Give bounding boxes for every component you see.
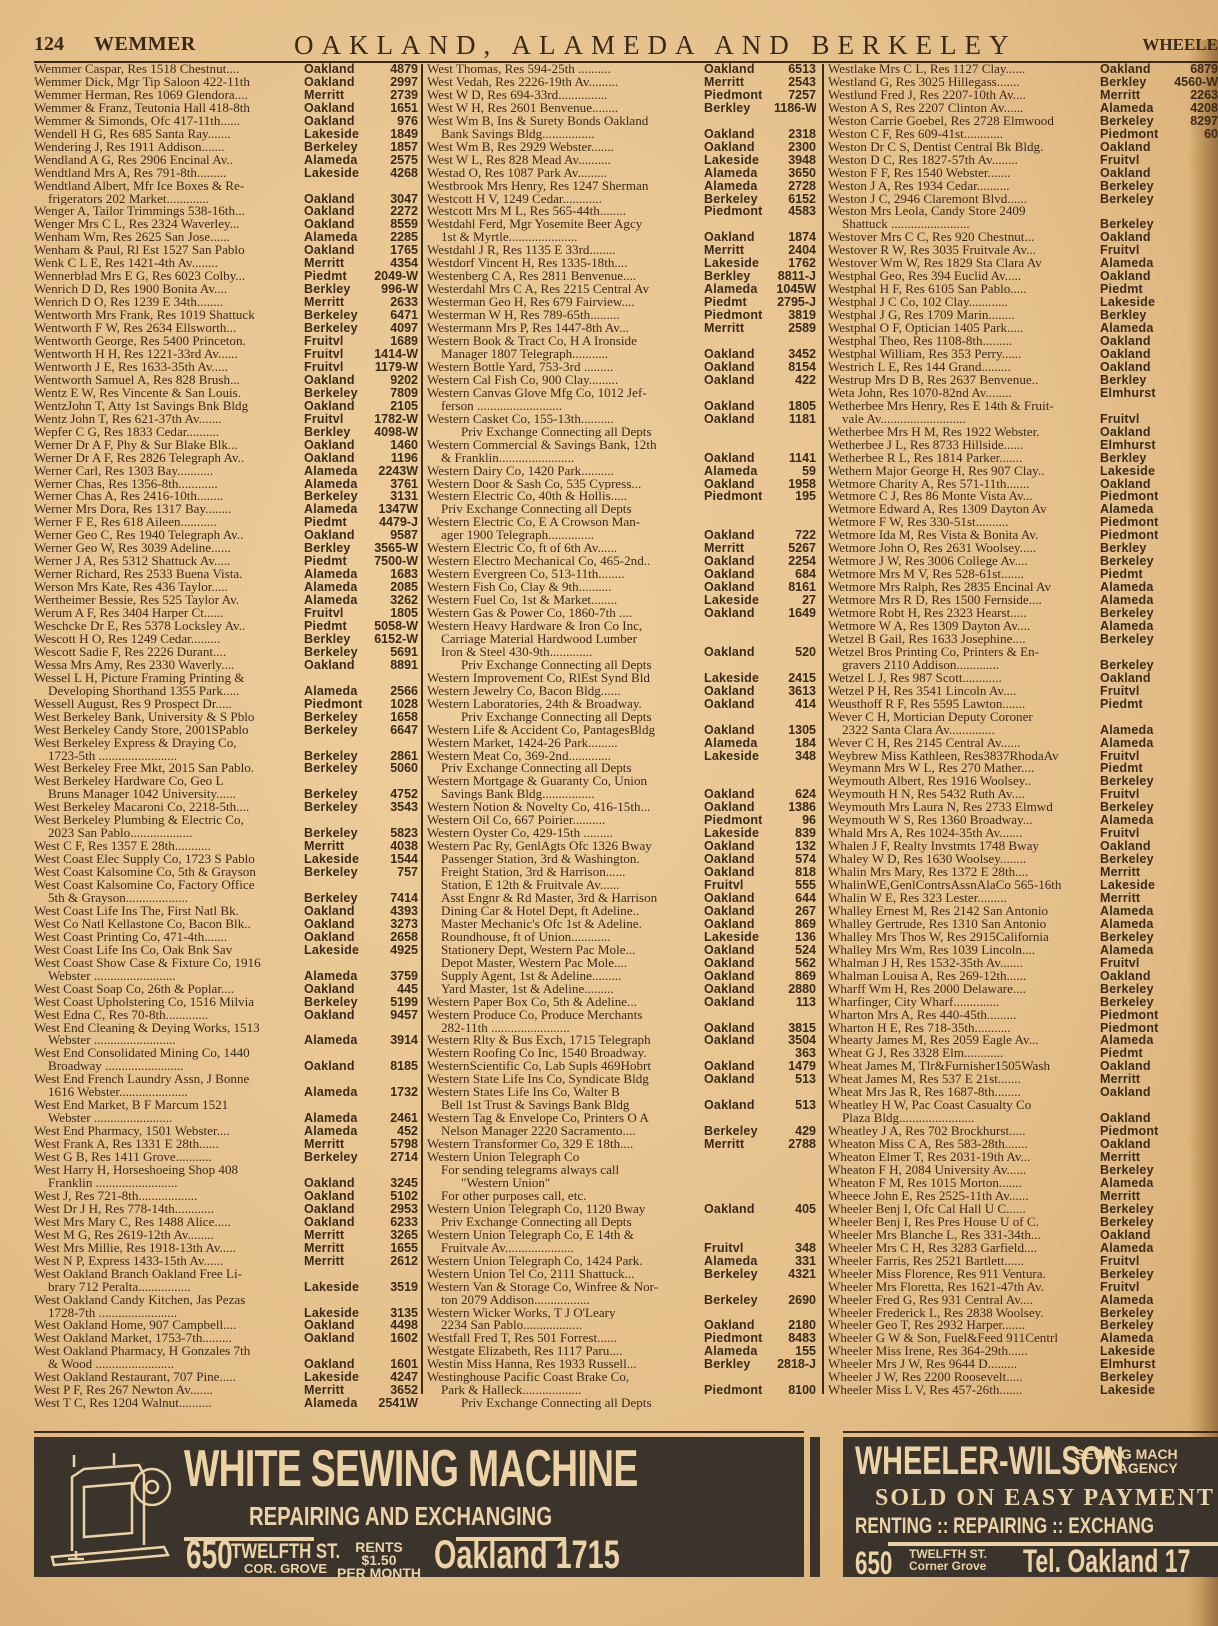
listing-phone: 4479-J	[372, 516, 418, 529]
listing-phone	[1172, 698, 1218, 711]
listing-name: West Berkeley Macaroni Co, 2218-5th....	[34, 801, 304, 814]
listing-name: West T C, Res 1204 Walnut..........	[34, 1397, 304, 1410]
listing-phone	[1172, 1099, 1218, 1112]
listing-phone: 1782-W	[372, 413, 418, 426]
listing-exchange: Piedmt	[304, 620, 372, 633]
ad-tagline: SOLD ON EASY PAYMENT	[875, 1485, 1215, 1512]
listing-name: Wetherbee J L, Res 8733 Hillside......	[828, 439, 1100, 452]
listing-name: Western Produce Co, Produce Merchants	[427, 1009, 704, 1022]
listing-name: Westrich L E, Res 144 Grand.........	[828, 361, 1100, 374]
listing-entry: Whald Mrs A, Res 1024-35th Av.......Frui…	[828, 827, 1218, 840]
listing-name: Weston F F, Res 1540 Webster.......	[828, 167, 1100, 180]
listing-entry: Weusthoff R F, Res 5595 Lawton.......Pie…	[828, 698, 1218, 711]
listing-phone	[1172, 1164, 1218, 1177]
listing-name: Western Rlty & Bus Exch, 1715 Telegraph	[427, 1034, 704, 1047]
listing-phone	[1172, 853, 1218, 866]
listing-name: Dining Car & Hotel Dept, ft Adeline..	[427, 905, 704, 918]
listing-entry: Wetmore Robt H, Res 2323 Hearst.....Berk…	[828, 607, 1218, 620]
listing-phone: 6879	[1172, 63, 1218, 76]
listing-entry: Werner Chas A, Res 2416-10th........Berk…	[34, 490, 418, 503]
listing-exchange: Berkeley	[704, 1268, 774, 1281]
listing-name: Weston J A, Res 1934 Cedar..........	[828, 180, 1100, 193]
listing-name: Whalen J F, Realty Invstmts 1748 Bway	[828, 840, 1100, 853]
listing-phone: 3948	[774, 154, 816, 167]
listing-name: Wessa Mrs Amy, Res 2330 Waverly....	[34, 659, 304, 672]
listing-exchange: Merritt	[704, 322, 774, 335]
listing-entry: Wetmore Mrs R D, Res 1500 Fernside....Al…	[828, 594, 1218, 607]
listing-entry: Weston F F, Res 1540 Webster.......Oakla…	[828, 167, 1218, 180]
listing-name: Western Life & Accident Co, PantagesBldg	[427, 724, 704, 737]
listing-entry: Wescott H O, Res 1249 Cedar.........Berk…	[34, 633, 418, 646]
listing-entry: Westgate Elizabeth, Res 1117 Paru....Ala…	[427, 1345, 816, 1358]
listing-phone: 136	[774, 931, 816, 944]
listing-phone: 5058-W	[372, 620, 418, 633]
listing-name: Wetmore Robt H, Res 2323 Hearst.....	[828, 607, 1100, 620]
listing-phone: 348	[774, 750, 816, 763]
listing-name: Wheeler Benj I, Ofc Cal Hall U C......	[828, 1203, 1100, 1216]
listing-exchange: Alameda	[304, 1086, 372, 1099]
listing-entry: Supply Agent, 1st & Adeline.........Oakl…	[427, 970, 816, 983]
listing-phone	[774, 1229, 816, 1242]
listing-name: Wetmore W A, Res 1309 Dayton Av....	[828, 620, 1100, 633]
listing-phone	[774, 1177, 816, 1190]
listing-entry: Western Oyster Co, 429-15th .........Lak…	[427, 827, 816, 840]
listing-entry: Western Jewelry Co, Bacon Bldg......Oakl…	[427, 685, 816, 698]
listing-phone: 9202	[372, 374, 418, 387]
listing-entry: West End Pharmacy, 1501 Webster....Alame…	[34, 1125, 418, 1138]
listing-phone: 5060	[372, 762, 418, 775]
listing-phone	[774, 439, 816, 452]
listing-entry: Wheeler J W, Res 2200 Roosevelt.....Berk…	[828, 1371, 1218, 1384]
listing-entry: Wetzel B Gail, Res 1633 Josephine....Ber…	[828, 633, 1218, 646]
listing-exchange: Oakland	[704, 348, 774, 361]
listing-name: Station, E 12th & Fruitvale Av......	[427, 879, 704, 892]
listing-exchange: Oakland	[304, 1177, 372, 1190]
listing-phone	[1172, 1294, 1218, 1307]
listing-phone	[1172, 283, 1218, 296]
listing-entry: West M G, Res 2619-12th Av........Merrit…	[34, 1229, 418, 1242]
listing-phone	[1172, 814, 1218, 827]
listing-name: Wentz E W, Res Vincente & San Louis.	[34, 387, 304, 400]
listing-exchange	[304, 957, 372, 970]
listing-exchange: Oakland	[304, 1009, 372, 1022]
listing-entry: For sending telegrams always call	[427, 1164, 816, 1177]
listing-entry: Priv Exchange Connecting all Depts	[427, 711, 816, 724]
listing-entry: Whalin Mrs Mary, Res 1372 E 28th....Merr…	[828, 866, 1218, 879]
listing-entry: Westover Mrs C C, Res 920 Chestnut...Oak…	[828, 231, 1218, 244]
listing-name: Carriage Material Hardwood Lumber	[427, 633, 704, 646]
listing-name: Westin Miss Hanna, Res 1933 Russell...	[427, 1358, 704, 1371]
listing-name: Wemmer & Simonds, Ofc 417-11th......	[34, 115, 304, 128]
listing-name: Passenger Station, 3rd & Washington.	[427, 853, 704, 866]
listing-exchange: Alameda	[704, 167, 774, 180]
listing-exchange: Lakeside	[704, 931, 774, 944]
listing-phone: 1658	[372, 711, 418, 724]
listing-phone: 60	[1172, 128, 1218, 141]
listing-entry: Weymann Mrs W L, Res 270 Mather....Piedm…	[828, 762, 1218, 775]
listing-entry: Wheaton F H, 2084 University Av......Ber…	[828, 1164, 1218, 1177]
listing-name: Western Mortgage & Guaranty Co, Union	[427, 775, 704, 788]
listing-name: Shattuck ........................	[828, 218, 1100, 231]
listing-name: 1616 Webster.....................	[34, 1086, 304, 1099]
listing-phone	[1172, 1229, 1218, 1242]
listing-name: Werner Chas, Res 1356-8th............	[34, 478, 304, 491]
listing-exchange: Lakeside	[704, 750, 774, 763]
listing-name: Western States Life Ins Co, Walter B	[427, 1086, 704, 1099]
listing-name: West Co Natl Kellastone Co, Bacon Blk..	[34, 918, 304, 931]
listing-name: Wenham & Paul, Rl Est 1527 San Pablo	[34, 244, 304, 257]
ad-phone: Oakland 1715	[434, 1533, 620, 1577]
listing-name: West Oakland Pharmacy, H Gonzales 7th	[34, 1345, 304, 1358]
listing-entry: Priv Exchange Connecting all Depts	[427, 426, 816, 439]
listing-phone	[1172, 1319, 1218, 1332]
listing-phone	[1172, 361, 1218, 374]
listing-phone	[1172, 218, 1218, 231]
listing-exchange: Berkley	[704, 1358, 774, 1371]
listing-entry: West Coast Life Ins The, First Natl Bk.O…	[34, 905, 418, 918]
listing-entry: Weybrew Miss Kathleen, Res3837RhodaAvFru…	[828, 750, 1218, 763]
listing-name: Bruns Manager 1042 University......	[34, 788, 304, 801]
listing-name: ton 2079 Addison.................	[427, 1294, 704, 1307]
listing-name: 1723-5th ........................	[34, 750, 304, 763]
listing-phone: 9457	[372, 1009, 418, 1022]
listing-name: West End French Laundry Assn, J Bonne	[34, 1073, 304, 1086]
listing-name: Westerman Geo H, Res 679 Fairview....	[427, 296, 704, 309]
listing-phone: 1762	[774, 257, 816, 270]
listing-name: Western Electric Co, ft of 6th Av......	[427, 542, 704, 555]
listing-name: Werner Mrs Dora, Res 1317 Bay........	[34, 503, 304, 516]
listing-entry: Webster ........................Alameda2…	[34, 1112, 418, 1125]
listing-phone: 2300	[774, 141, 816, 154]
listing-phone: 195	[774, 490, 816, 503]
listing-phone: 1805	[774, 400, 816, 413]
listing-phone	[1172, 996, 1218, 1009]
listing-name: Stationery Dept, Western Pac Mole...	[427, 944, 704, 957]
listing-phone	[774, 387, 816, 400]
ad-rents: RENTS $1.50 PER MONTH	[324, 1541, 434, 1577]
page-header: 124 WEMMER OAKLAND, ALAMEDA AND BERKELEY…	[34, 30, 1218, 60]
listing-name: Wetzel P H, Res 3541 Lincoln Av....	[828, 685, 1100, 698]
listing-phone	[774, 1190, 816, 1203]
listing-entry: Wethern Major George H, Res 907 Clay..La…	[828, 465, 1218, 478]
listing-exchange: Merritt	[1100, 892, 1172, 905]
listing-phone	[1172, 1268, 1218, 1281]
listing-name: Western Transformer Co, 329 E 18th....	[427, 1138, 704, 1151]
listing-name: West W D, Res 694-33rd...............	[427, 89, 704, 102]
listing-phone: 1958	[774, 478, 816, 491]
listing-phone: 1028	[372, 698, 418, 711]
listing-entry: Shattuck ........................Berkele…	[828, 218, 1218, 231]
listing-phone: 2658	[372, 931, 418, 944]
listing-name: Western Union Tel Co, 2111 Shattuck...	[427, 1268, 704, 1281]
page-number: 124	[34, 33, 64, 56]
listing-name: Western Meat Co, 369-2nd.............	[427, 750, 704, 763]
listing-phone	[1172, 1371, 1218, 1384]
listing-name: Western Cal Fish Co, 900 Clay.........	[427, 374, 704, 387]
listing-exchange: Oakland	[704, 905, 774, 918]
listing-phone	[1172, 905, 1218, 918]
listing-name: Westdahl J R, Res 1135 E 33rd........	[427, 244, 704, 257]
listing-entry: WhalinWE,GenlContrsAssnAlaCo 565-16thLak…	[828, 879, 1218, 892]
wheeler-wilson-ad: WHEELER-WILSON SEWING MACH AGENCY SOLD O…	[843, 1437, 1218, 1577]
listing-entry: Western Rlty & Bus Exch, 1715 TelegraphO…	[427, 1034, 816, 1047]
listing-phone	[1172, 141, 1218, 154]
listing-phone: 513	[774, 1099, 816, 1112]
listing-phone	[1172, 167, 1218, 180]
listing-name: Priv Exchange Connecting all Depts	[427, 1216, 704, 1229]
listing-phone: 2818-J	[774, 1358, 816, 1371]
ad-subtitle: REPAIRING AND EXCHANGING	[249, 1501, 552, 1532]
listing-name: West Mrs Millie, Res 1918-13th Av.....	[34, 1242, 304, 1255]
listing-exchange: Piedmt	[1100, 698, 1172, 711]
listing-phone: 4752	[372, 788, 418, 801]
listing-name: West Edna C, Res 70-8th.............	[34, 1009, 304, 1022]
listing-entry: West End Consolidated Mining Co, 1440	[34, 1047, 418, 1060]
listing-exchange: Alameda	[1100, 1294, 1172, 1307]
listing-exchange: Oakland	[704, 970, 774, 983]
listing-phone	[1172, 892, 1218, 905]
listing-phone: 1683	[372, 568, 418, 581]
listing-entry: Wessa Mrs Amy, Res 2330 Waverly....Oakla…	[34, 659, 418, 672]
agency-line-2: AGENCY	[1075, 1461, 1178, 1475]
listing-entry: West Coast Kalsomine Co, Factory Office	[34, 879, 418, 892]
listing-name: Westlund Fred J, Res 2207-10th Av....	[828, 89, 1100, 102]
listing-phone: 3504	[774, 1034, 816, 1047]
listing-name: Wendtland Mrs A, Res 791-8th.........	[34, 167, 304, 180]
listing-name: Western Union Telegraph Co, 1120 Bway	[427, 1203, 704, 1216]
listing-phone	[1172, 1345, 1218, 1358]
listing-entry: & Franklin.......................Oakland…	[427, 452, 816, 465]
listing-name: Western Pac Ry, GenlAgts Ofc 1326 Bway	[427, 840, 704, 853]
listing-exchange: Oakland	[1100, 167, 1172, 180]
listing-name: Wetzel B Gail, Res 1633 Josephine....	[828, 633, 1100, 646]
listing-name: West Mrs Mary C, Res 1488 Alice.....	[34, 1216, 304, 1229]
listing-entry: Western Electric Co, 40th & Hollis.....P…	[427, 490, 816, 503]
listing-entry: West Berkeley Free Mkt, 2015 San Pablo.B…	[34, 762, 418, 775]
listing-phone: 4925	[372, 944, 418, 957]
listing-phone: 520	[774, 646, 816, 659]
listing-entry: ager 1900 Telegraph..............Oakland…	[427, 529, 816, 542]
listing-entry: "Western Union"	[427, 1177, 816, 1190]
listing-entry: Fruitvale Av.....................Fruitvl…	[427, 1242, 816, 1255]
listing-name: Westgate Elizabeth, Res 1117 Paru....	[427, 1345, 704, 1358]
listing-phone: 839	[774, 827, 816, 840]
listing-exchange: Berkeley	[1100, 633, 1172, 646]
listing-name: WhalinWE,GenlContrsAssnAlaCo 565-16th	[828, 879, 1100, 892]
listing-entry: Priv Exchange Connecting all Depts	[427, 503, 816, 516]
listing-entry: Wheeler Fred G, Res 931 Central Av....Al…	[828, 1294, 1218, 1307]
listing-entry: Wheeler Frederick L, Res 2838 Woolsey.Be…	[828, 1307, 1218, 1320]
listing-exchange	[704, 659, 774, 672]
listing-name: West C F, Res 1357 E 28th...........	[34, 840, 304, 853]
listing-phone	[372, 775, 418, 788]
listing-phone: 2861	[372, 750, 418, 763]
listing-entry: West Berkeley Express & Draying Co,	[34, 737, 418, 750]
listing-name: Wetmore Mrs R D, Res 1500 Fernside....	[828, 594, 1100, 607]
listing-exchange: Oakland	[1100, 63, 1172, 76]
listing-exchange: Oakland	[304, 1203, 372, 1216]
listing-entry: Roundhouse, ft of Union............Lakes…	[427, 931, 816, 944]
listing-phone	[1172, 1216, 1218, 1229]
listing-entry: Wendtland Mrs A, Res 791-8th.........Lak…	[34, 167, 418, 180]
listing-entry: Wheeler Benj I, Res Pres House U of C.Be…	[828, 1216, 1218, 1229]
listing-name: Werner Carl, Res 1303 Bay...........	[34, 465, 304, 478]
listing-exchange: Alameda	[704, 1255, 774, 1268]
listing-phone	[1172, 1307, 1218, 1320]
listing-exchange: Berkley	[1100, 452, 1172, 465]
listing-name: Wetmore Edward A, Res 1309 Dayton Av	[828, 503, 1100, 516]
listing-entry: Western Casket Co, 155-13th..........Oak…	[427, 413, 816, 426]
listing-exchange: Oakland	[704, 1203, 774, 1216]
listing-exchange: Alameda	[1100, 724, 1172, 737]
listing-entry: Yard Master, 1st & Adeline.........Oakla…	[427, 983, 816, 996]
listing-entry: Wheatley H W, Pac Coast Casualty Co	[828, 1099, 1218, 1112]
listing-entry: Park & Halleck..................Piedmont…	[427, 1384, 816, 1397]
listing-name: Wentworth Mrs Frank, Res 1019 Shattuck	[34, 309, 304, 322]
listing-phone: 1305	[774, 724, 816, 737]
listing-phone: 4268	[372, 167, 418, 180]
listing-entry: Westdahl Ferd, Mgr Yosemite Beer Agcy	[427, 218, 816, 231]
listing-phone: 2461	[372, 1112, 418, 1125]
listing-name: Webster .........................	[34, 1034, 304, 1047]
listing-entry: Westdorf Vincent H, Res 1335-18th....Lak…	[427, 257, 816, 270]
listing-name: Weston A S, Res 2207 Clinton Av......	[828, 102, 1100, 115]
listing-phone	[774, 503, 816, 516]
listing-exchange: Berkeley	[1100, 1268, 1172, 1281]
listing-entry: Westphal Geo, Res 394 Euclid Av.....Oakl…	[828, 270, 1218, 283]
listing-name: Werum A F, Res 3404 Harper Ct......	[34, 607, 304, 620]
listing-name: Weusthoff R F, Res 5595 Lawton.......	[828, 698, 1100, 711]
listing-entry: Western Laboratories, 24th & Broadway.Oa…	[427, 698, 816, 711]
listing-name: Whalley Gertrude, Res 1310 San Antonio	[828, 918, 1100, 931]
listing-entry: Westcott Mrs M L, Res 565-44th........Pi…	[427, 205, 816, 218]
listing-entry: Wenk C L E, Res 1421-4th Av........Merri…	[34, 257, 418, 270]
listing-name: Westermann Mrs P, Res 1447-8th Av...	[427, 322, 704, 335]
listing-entry: Wever C H, Mortician Deputy Coroner	[828, 711, 1218, 724]
listing-name: West W H, Res 2601 Benvenue........	[427, 102, 704, 115]
listing-entry: West Coast Show Case & Fixture Co, 1916	[34, 957, 418, 970]
listing-name: Weymann Mrs W L, Res 270 Mather....	[828, 762, 1100, 775]
listing-phone: 4393	[372, 905, 418, 918]
listing-exchange: Oakland	[304, 659, 372, 672]
listing-exchange: Oakland	[304, 1060, 372, 1073]
listing-phone	[774, 1281, 816, 1294]
listing-phone	[372, 1164, 418, 1177]
listing-phone: 8161	[774, 581, 816, 594]
listing-exchange	[704, 1216, 774, 1229]
listing-phone	[774, 762, 816, 775]
listing-phone: 2085	[372, 581, 418, 594]
listing-exchange: Berkley	[1100, 76, 1172, 89]
listing-exchange: Oakland	[304, 905, 372, 918]
listing-exchange	[704, 1190, 774, 1203]
listing-entry: Wendtland Albert, Mfr Ice Boxes & Re-	[34, 180, 418, 193]
listing-entry: Western Union Telegraph Co, 1424 Park.Al…	[427, 1255, 816, 1268]
listing-exchange: Berkeley	[304, 866, 372, 879]
listing-name: West End Pharmacy, 1501 Webster....	[34, 1125, 304, 1138]
listing-name: Weybrew Miss Kathleen, Res3837RhodaAv	[828, 750, 1100, 763]
listing-phone: 3819	[774, 309, 816, 322]
listing-phone: 2566	[372, 685, 418, 698]
listing-name: Werner Geo W, Res 3039 Adeline......	[34, 542, 304, 555]
listing-name: West Berkeley Bank, University & S Pblo	[34, 711, 304, 724]
listing-entry: Wetmore Mrs Ralph, Res 2835 Encinal AvAl…	[828, 581, 1218, 594]
listing-exchange: Berkeley	[304, 1151, 372, 1164]
listing-entry: Western Van & Storage Co, Winfree & Nor-	[427, 1281, 816, 1294]
listing-entry: Wentz John T, Res 621-37th Av.......Frui…	[34, 413, 418, 426]
listing-phone: 757	[372, 866, 418, 879]
listing-name: Westrup Mrs D B, Res 2637 Benvenue..	[828, 374, 1100, 387]
listing-exchange	[704, 1397, 774, 1410]
listing-phone	[1172, 775, 1218, 788]
listing-name: Wethern Major George H, Res 907 Clay..	[828, 465, 1100, 478]
listing-name: brary 712 Peralta................	[34, 1281, 304, 1294]
listing-entry: Westad O, Res 1087 Park Av.........Alame…	[427, 167, 816, 180]
listing-exchange: Oakland	[1100, 141, 1172, 154]
listing-name: Western Van & Storage Co, Winfree & Nor-	[427, 1281, 704, 1294]
listing-phone	[1172, 957, 1218, 970]
listing-entry: Western Improvement Co, RlEst Synd BldLa…	[427, 672, 816, 685]
listing-name: Westfall Fred T, Res 501 Forrest......	[427, 1332, 704, 1345]
listing-phone: 1045W	[774, 283, 816, 296]
listing-phone: 2404	[774, 244, 816, 257]
listing-phone: 96	[774, 814, 816, 827]
listing-phone	[1172, 879, 1218, 892]
listing-entry: Wemmer Dick, Mgr Tip Saloon 422-11thOakl…	[34, 76, 418, 89]
listing-phone: 1186-W	[774, 102, 816, 115]
listing-phone	[1172, 1203, 1218, 1216]
listing-entry: Wenger A, Tailor Trimmings 538-16th...Oa…	[34, 205, 418, 218]
listing-exchange: Oakland	[304, 1190, 372, 1203]
listing-phone	[1172, 918, 1218, 931]
listing-entry: Western Transformer Co, 329 E 18th....Me…	[427, 1138, 816, 1151]
listing-name: Westphal Theo, Res 1108-8th.........	[828, 335, 1100, 348]
listing-phone	[1172, 607, 1218, 620]
listing-entry: Bell 1st Trust & Savings Bank BldgOaklan…	[427, 1099, 816, 1112]
listing-entry: Western Union Telegraph Co	[427, 1151, 816, 1164]
listing-name: Wheaton F H, 2084 University Av......	[828, 1164, 1100, 1177]
listing-name: Wetherbee R L, Res 1814 Parker.......	[828, 452, 1100, 465]
listing-phone: 9587	[372, 529, 418, 542]
listing-exchange: Piedmont	[304, 698, 372, 711]
listing-exchange	[704, 633, 774, 646]
listing-phone	[774, 1086, 816, 1099]
listing-phone: 113	[774, 996, 816, 1009]
listing-name: Westad O, Res 1087 Park Av.........	[427, 167, 704, 180]
listing-exchange: Lakeside	[1100, 465, 1172, 478]
listing-phone: 8297	[1172, 115, 1218, 128]
listing-phone: 422	[774, 374, 816, 387]
listing-exchange: Alameda	[1100, 1177, 1172, 1190]
listing-name: 1st & Myrtle.....................	[427, 231, 704, 244]
listing-entry: Whalman Louisa A, Res 269-12th......Oakl…	[828, 970, 1218, 983]
listing-entry: Westphal H F, Res 6105 San Pablo.....Pie…	[828, 283, 1218, 296]
listing-name: Western Notion & Novelty Co, 416-15th...	[427, 801, 704, 814]
listing-exchange: Alameda	[1100, 737, 1172, 750]
listing-exchange: Fruitvl	[704, 1242, 774, 1255]
ad-rule	[843, 1431, 1218, 1433]
listing-name: Wentworth J E, Res 1633-35th Av.....	[34, 361, 304, 374]
listing-name: Weymouth W S, Res 1360 Broadway...	[828, 814, 1100, 827]
listing-phone: 184	[774, 737, 816, 750]
listing-name: Weston Dr C S, Dentist Central Bk Bldg.	[828, 141, 1100, 154]
listing-name: Wetmore John O, Res 2631 Woolsey.....	[828, 542, 1100, 555]
listing-entry: Whaley W D, Res 1630 Woolsey........Berk…	[828, 853, 1218, 866]
listing-exchange: Elmhurst	[1100, 387, 1172, 400]
listing-phone	[1172, 231, 1218, 244]
listing-entry: Priv Exchange Connecting all Depts	[427, 1397, 816, 1410]
listing-entry: Wessel L H, Picture Framing Printing &	[34, 672, 418, 685]
